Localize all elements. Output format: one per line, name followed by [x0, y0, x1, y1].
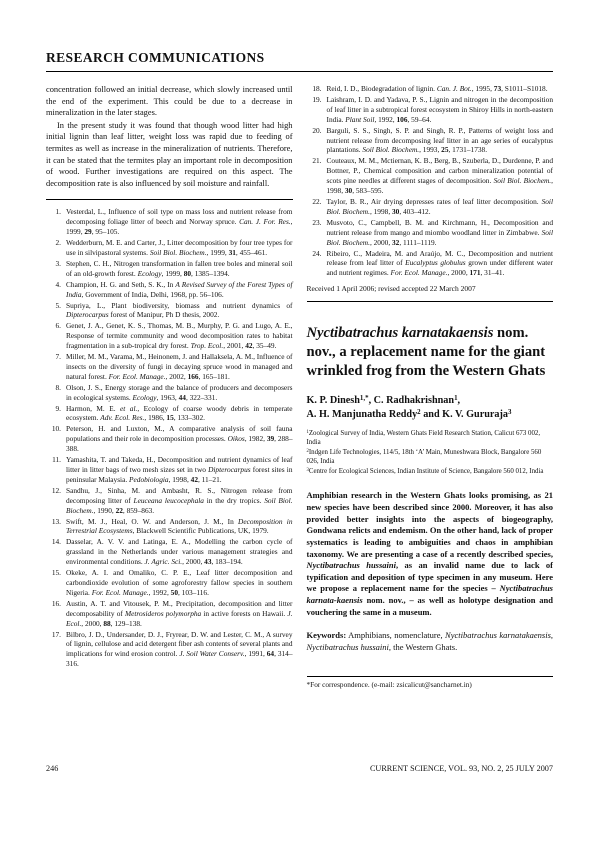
text-run: , 1999, — [207, 248, 229, 257]
reference-number: 9. — [46, 404, 66, 424]
author-line-1: K. P. Dinesh1,*, C. Radhakrishnan1, — [307, 395, 461, 406]
body-paragraph: In the present study it was found that t… — [46, 120, 293, 190]
text-run: A. H. Manjunatha Reddy — [307, 409, 418, 420]
right-column: 18.Reid, I. D., Biodegradation of lignin… — [307, 84, 554, 689]
text-run: 1 — [454, 395, 457, 402]
reference-item: 5.Supriya, L., Plant biodiversity, bioma… — [46, 301, 293, 321]
text-run: Keywords: — [307, 630, 347, 640]
text-run: , Government of India, Delhi, 1968, pp. … — [82, 290, 224, 299]
text-run: , 583–595. — [352, 186, 383, 195]
reference-item: 13.Swift, M. J., Heal, O. W. and Anderso… — [46, 517, 293, 537]
text-run: Ecology — [138, 269, 162, 278]
text-run: Nyctibatrachus karnatakaensis — [307, 325, 494, 341]
text-run: Nyctibatrachus hussaini — [307, 642, 389, 652]
text-run: Adv. Ecol. Res. — [100, 413, 144, 422]
text-run: , 103–116. — [178, 588, 209, 597]
reference-number: 22. — [307, 197, 327, 217]
reference-text: Supriya, L., Plant biodiversity, biomass… — [66, 301, 293, 321]
text-run: forest of Manipur, Ph D thesis, 2002. — [109, 310, 220, 319]
reference-item: 19.Laishram, I. D. and Yadava, P. S., Li… — [307, 95, 554, 125]
reference-text: Reid, I. D., Biodegradation of lignin. C… — [327, 84, 554, 94]
reference-text: Wedderburn, M. E. and Carter, J., Litter… — [66, 238, 293, 258]
text-run: Can. J. Bot. — [437, 84, 472, 93]
reference-number: 8. — [46, 383, 66, 403]
reference-text: Champion, H. G. and Seth, S. K., In A Re… — [66, 280, 293, 300]
text-run: , S1011–S1018. — [501, 84, 547, 93]
reference-number: 1. — [46, 207, 66, 237]
text-run: 2 — [307, 449, 309, 454]
abstract-paragraph: Amphibian research in the Western Ghats … — [307, 490, 554, 618]
page-number: 246 — [46, 764, 58, 773]
text-run: For. Ecol. Manage. — [391, 268, 448, 277]
reference-number: 11. — [46, 455, 66, 485]
text-run: For. Ecol. Manage. — [109, 372, 166, 381]
body-paragraph: concentration followed an initial decrea… — [46, 84, 293, 119]
text-run: , 322–331. — [186, 393, 217, 402]
reference-number: 6. — [46, 321, 66, 351]
text-run: Nyctibatrachus karnatakaensis — [445, 630, 551, 640]
text-run: Dipterocarpus — [66, 310, 109, 319]
reference-item: 22.Taylor, B. R., Air drying depresses r… — [307, 197, 554, 217]
references-list-right: 18.Reid, I. D., Biodegradation of lignin… — [307, 84, 554, 278]
text-run: , 11–21. — [198, 475, 222, 484]
text-run: Centre for Ecological Sciences, Indian I… — [309, 468, 544, 475]
text-run: Leuceana leucocephala — [134, 496, 204, 505]
text-run: 42 — [191, 475, 198, 484]
received-dates-note: Received 1 April 2006; revised accepted … — [307, 284, 554, 302]
reference-item: 21.Couteaux, M. M., Mctiernan, K. B., Be… — [307, 156, 554, 196]
text-run: , 1991, — [245, 649, 267, 658]
reference-text: Yamashita, T. and Takeda, H., Decomposit… — [66, 455, 293, 485]
keywords-paragraph: Keywords: Amphibians, nomenclature, Nyct… — [307, 630, 554, 654]
text-run: Indgen Life Technologies, 114/5, 18th ‘A… — [307, 449, 542, 466]
reference-number: 18. — [307, 84, 327, 94]
text-run: Supriya, L., Plant biodiversity, biomass… — [66, 301, 293, 310]
text-run: , 1963, — [157, 393, 179, 402]
text-run: , 455–461. — [236, 248, 267, 257]
text-run: et al. — [120, 404, 137, 413]
text-run: Metrosideros polymorpha — [125, 609, 201, 618]
text-run: , 2000, — [370, 238, 392, 247]
reference-item: 15.Okeke, A. I. and Omaliko, C. P. E., L… — [46, 568, 293, 598]
reference-item: 7.Miller, M. M., Varama, M., Heinonem, J… — [46, 352, 293, 382]
reference-number: 19. — [307, 95, 327, 125]
text-run: 22 — [116, 506, 123, 515]
text-run: Eucalyptus globulus — [405, 258, 466, 267]
reference-number: 15. — [46, 568, 66, 598]
reference-text: Ribeiro, C., Madeira, M. and Araújo, M. … — [327, 249, 554, 279]
text-run: 2 — [417, 409, 420, 416]
text-run: , 2002, — [166, 372, 188, 381]
text-run: , 1993, — [419, 145, 441, 154]
reference-item: 9.Harmon, M. E. et al., Ecology of coars… — [46, 404, 293, 424]
reference-number: 5. — [46, 301, 66, 321]
reference-item: 20.Barguli, S. S., Singh, S. P. and Sing… — [307, 126, 554, 156]
reference-item: 2.Wedderburn, M. E. and Carter, J., Litt… — [46, 238, 293, 258]
reference-number: 24. — [307, 249, 327, 279]
reference-item: 23.Musvoto, C., Campbell, B. M. and Kirc… — [307, 218, 554, 248]
left-column: concentration followed an initial decrea… — [46, 84, 293, 689]
text-run: Taylor, B. R., Air drying depresses rate… — [327, 197, 542, 206]
text-run: J. Soil Water Conserv. — [179, 649, 244, 658]
text-run: 80 — [184, 269, 191, 278]
text-run: , 1731–1738. — [448, 145, 487, 154]
text-run: , the Western Ghats. — [389, 642, 457, 652]
reference-item: 3.Stephen, C. H., Nitrogen transformatio… — [46, 259, 293, 279]
text-run: 106 — [396, 115, 407, 124]
affiliation-3: 3Centre for Ecological Sciences, Indian … — [307, 468, 544, 475]
text-run: , 1986, — [144, 413, 166, 422]
text-run: , 1998, — [169, 475, 191, 484]
reference-text: Miller, M. M., Varama, M., Heinonem, J. … — [66, 352, 293, 382]
reference-item: 4.Champion, H. G. and Seth, S. K., In A … — [46, 280, 293, 300]
reference-text: Stephen, C. H., Nitrogen transformation … — [66, 259, 293, 279]
reference-text: Musvoto, C., Campbell, B. M. and Kirchma… — [327, 218, 554, 248]
reference-item: 8.Olson, J. S., Energy storage and the b… — [46, 383, 293, 403]
journal-page: RESEARCH COMMUNICATIONS concentration fo… — [0, 0, 595, 842]
text-run: , 1385–1394. — [191, 269, 230, 278]
page-footer: 246 CURRENT SCIENCE, VOL. 93, NO. 2, 25 … — [46, 764, 553, 773]
text-run: 43 — [204, 557, 211, 566]
text-run: , 183–194. — [212, 557, 243, 566]
reference-item: 11.Yamashita, T. and Takeda, H., Decompo… — [46, 455, 293, 485]
text-run: , 35–49. — [253, 341, 277, 350]
reference-number: 2. — [46, 238, 66, 258]
text-run: , 403–412. — [399, 207, 430, 216]
text-run: , 31–41. — [481, 268, 505, 277]
text-run: , 1992, — [374, 115, 396, 124]
text-run: , 859–863. — [123, 506, 154, 515]
text-run: , 165–181. — [199, 372, 230, 381]
reference-text: Taylor, B. R., Air drying depresses rate… — [327, 197, 554, 217]
text-run: Ecology — [133, 393, 157, 402]
text-run: , 2001, — [223, 341, 245, 350]
reference-item: 1.Vesterdal, L., Influence of soil type … — [46, 207, 293, 237]
text-run: , 95–105. — [92, 227, 120, 236]
reference-text: Austin, A. T. and Vitousek, P. M., Preci… — [66, 599, 293, 629]
reference-number: 23. — [307, 218, 327, 248]
reference-item: 6.Genet, J. A., Genet, K. S., Thomas, M.… — [46, 321, 293, 351]
reference-item: 10.Peterson, H. and Luxton, M., A compar… — [46, 424, 293, 454]
text-run: Trop. Ecol. — [191, 341, 224, 350]
text-run: , 1992, — [149, 588, 171, 597]
journal-footer-info: CURRENT SCIENCE, VOL. 93, NO. 2, 25 JULY… — [370, 764, 553, 773]
text-run: Swift, M. J., Heal, O. W. and Anderson, … — [66, 517, 238, 526]
author-line-2: A. H. Manjunatha Reddy2 and K. V. Gurura… — [307, 409, 512, 420]
text-run: , Blackwell Scientific Publications, UK,… — [133, 526, 269, 535]
text-run: Amphibian research in the Western Ghats … — [307, 490, 554, 558]
references-divider-rule — [46, 199, 293, 200]
text-run: 171 — [469, 268, 480, 277]
text-run: Harmon, M. E. — [66, 404, 120, 413]
reference-text: Sandhu, J., Sinha, M. and Ambasht, R. S.… — [66, 486, 293, 516]
text-run: in active forests on Hawaii. — [201, 609, 287, 618]
author-list: K. P. Dinesh1,*, C. Radhakrishnan1, A. H… — [307, 394, 554, 422]
reference-item: 17.Bilbro, J. D., Undersander, D. J., Fr… — [46, 630, 293, 670]
text-run: 44 — [179, 393, 186, 402]
reference-item: 12.Sandhu, J., Sinha, M. and Ambasht, R.… — [46, 486, 293, 516]
affiliations: 1Zoological Survey of India, Western Gha… — [307, 429, 554, 477]
text-run: Dipterocarpus — [208, 465, 251, 474]
text-run: For. Ecol. Manage. — [92, 588, 149, 597]
text-run: Musvoto, C., Campbell, B. M. and Kirchma… — [327, 218, 554, 237]
reference-text: Barguli, S. S., Singh, S. P. and Singh, … — [327, 126, 554, 156]
reference-text: Olson, J. S., Energy storage and the bal… — [66, 383, 293, 403]
text-run: 29 — [84, 227, 91, 236]
text-run: 50 — [171, 588, 178, 597]
text-run: Amphibians, nomenclature, — [346, 630, 445, 640]
text-run: , 2000, — [447, 268, 469, 277]
reference-number: 14. — [46, 537, 66, 567]
text-run: 3 — [508, 409, 511, 416]
reference-text: Couteaux, M. M., Mctiernan, K. B., Berg,… — [327, 156, 554, 196]
reference-number: 21. — [307, 156, 327, 196]
text-run: , 1998, — [370, 207, 392, 216]
reference-text: Laishram, I. D. and Yadava, P. S., Ligni… — [327, 95, 554, 125]
text-run: , — [551, 630, 553, 640]
text-run: Pedobiologia — [129, 475, 169, 484]
reference-item: 16.Austin, A. T. and Vitousek, P. M., Pr… — [46, 599, 293, 629]
reference-number: 4. — [46, 280, 66, 300]
page-content: RESEARCH COMMUNICATIONS concentration fo… — [46, 50, 553, 689]
text-run: , 59–64. — [407, 115, 431, 124]
text-run: Zoological Survey of India, Western Ghat… — [307, 430, 541, 447]
text-run: K. P. Dinesh — [307, 395, 360, 406]
text-run: Plant Soil — [345, 115, 374, 124]
text-run: 1,* — [360, 395, 369, 402]
correspondence-footnote: *For correspondence. (e-mail: zsicalicut… — [307, 676, 554, 689]
references-list-left: 1.Vesterdal, L., Influence of soil type … — [46, 207, 293, 669]
text-run: Soil Biol. Biochem. — [150, 248, 207, 257]
section-header: RESEARCH COMMUNICATIONS — [46, 50, 553, 72]
reference-text: Harmon, M. E. et al., Ecology of coarse … — [66, 404, 293, 424]
text-run: Soil Biol. Biochem. — [362, 145, 419, 154]
reference-text: Genet, J. A., Genet, K. S., Thomas, M. B… — [66, 321, 293, 351]
text-run: Oikos — [228, 434, 245, 443]
reference-text: Dasselar, A. V. V. and Latinga, E. A., M… — [66, 537, 293, 567]
reference-number: 12. — [46, 486, 66, 516]
reference-number: 20. — [307, 126, 327, 156]
article-title: Nyctibatrachus karnatakaensis nom. nov.,… — [307, 324, 554, 380]
text-run: , 129–138. — [111, 619, 142, 628]
reference-text: Bilbro, J. D., Undersander, D. J., Fryre… — [66, 630, 293, 670]
text-run: , 2000, — [182, 557, 204, 566]
reference-text: Okeke, A. I. and Omaliko, C. P. E., Leaf… — [66, 568, 293, 598]
text-run: 88 — [103, 619, 110, 628]
reference-number: 7. — [46, 352, 66, 382]
text-run: , 1111–1119. — [399, 238, 436, 247]
text-run: and K. V. Gururaja — [421, 409, 508, 420]
reference-number: 3. — [46, 259, 66, 279]
text-run: 73 — [494, 84, 501, 93]
affiliation-2: 2Indgen Life Technologies, 114/5, 18th ‘… — [307, 449, 542, 466]
text-run: , 133–302. — [174, 413, 205, 422]
affiliation-1: 1Zoological Survey of India, Western Gha… — [307, 430, 541, 447]
text-run: , 2000, — [81, 619, 103, 628]
text-run: Nyctibatrachus hussaini — [307, 560, 397, 570]
reference-text: Vesterdal, L., Influence of soil type on… — [66, 207, 293, 237]
two-column-layout: concentration followed an initial decrea… — [46, 84, 553, 689]
reference-number: 17. — [46, 630, 66, 670]
text-run: Champion, H. G. and Seth, S. K., In — [66, 280, 175, 289]
text-run: Soil Biol. Biochem. — [494, 176, 552, 185]
reference-item: 14.Dasselar, A. V. V. and Latinga, E. A.… — [46, 537, 293, 567]
reference-item: 18.Reid, I. D., Biodegradation of lignin… — [307, 84, 554, 94]
text-run: , 1999, — [162, 269, 184, 278]
reference-text: Swift, M. J., Heal, O. W. and Anderson, … — [66, 517, 293, 537]
reference-text: Peterson, H. and Luxton, M., A comparati… — [66, 424, 293, 454]
reference-number: 10. — [46, 424, 66, 454]
text-run: , 1982, — [245, 434, 267, 443]
text-run: Reid, I. D., Biodegradation of lignin. — [327, 84, 437, 93]
text-run: Can. J. For. Res. — [239, 217, 291, 226]
text-run: 1 — [307, 430, 309, 435]
text-run: 166 — [188, 372, 199, 381]
text-run: , 1995, — [472, 84, 494, 93]
text-run: 31 — [229, 248, 236, 257]
text-run: in the dry tropics. — [204, 496, 264, 505]
text-run: 64 — [267, 649, 274, 658]
reference-item: 24.Ribeiro, C., Madeira, M. and Araújo, … — [307, 249, 554, 279]
text-run: J. Agric. Sci. — [145, 557, 183, 566]
text-run: , C. Radhakrishnan — [369, 395, 455, 406]
text-run: 42 — [245, 341, 252, 350]
reference-number: 16. — [46, 599, 66, 629]
reference-number: 13. — [46, 517, 66, 537]
text-run: 3 — [307, 468, 309, 473]
text-run: , 1990, — [94, 506, 116, 515]
text-run: 15 — [166, 413, 173, 422]
